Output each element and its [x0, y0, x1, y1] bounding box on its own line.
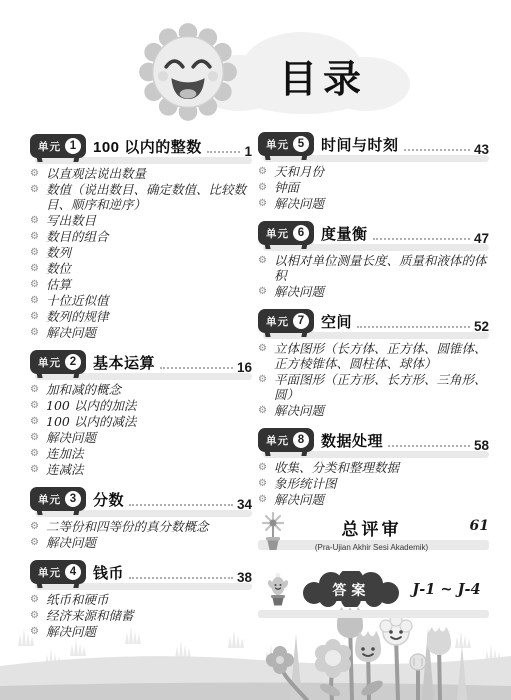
toc-item: ⚙连减法: [30, 462, 252, 477]
unit-page-number: 16: [237, 360, 252, 375]
unit-badge-label: 单元: [38, 565, 61, 580]
unit-badge-label: 单元: [38, 355, 61, 370]
header-underline-bar: [35, 510, 252, 517]
unit-title: 空间: [321, 311, 352, 332]
unit-title: 时间与时刻: [321, 134, 399, 155]
toc-item: ⚙解决问题: [30, 430, 252, 445]
assessment-subtitle: (Pra-Ujian Akhir Sesi Akademik): [288, 543, 455, 552]
gear-bullet-icon: ⚙: [258, 180, 274, 195]
toc-item: ⚙平面图形（正方形、长方形、三角形、圆）: [258, 372, 489, 402]
toc-item: ⚙解决问题: [30, 535, 252, 550]
gear-bullet-icon: ⚙: [30, 519, 46, 534]
answers-cloud-badge: 答案: [298, 571, 404, 607]
unit-badge-label: 单元: [38, 492, 61, 507]
dotted-leader: [207, 151, 241, 153]
gear-bullet-icon: ⚙: [30, 592, 46, 607]
toc-item: ⚙十位近似值: [30, 293, 252, 308]
unit-title: 100 以内的整数: [93, 136, 202, 157]
unit-page-number: 34: [237, 497, 252, 512]
gear-bullet-icon: ⚙: [30, 398, 46, 413]
unit-badge: 单元 1: [30, 134, 86, 158]
unit-5-header: 单元 5 时间与时刻 43: [258, 130, 489, 158]
page-title: 目录: [248, 48, 398, 103]
gear-bullet-icon: ⚙: [30, 446, 46, 461]
gear-bullet-icon: ⚙: [258, 460, 274, 475]
toc-item: ⚙纸币和硬币: [30, 592, 252, 607]
toc-item: ⚙数值（说出数目、确定数值、比较数目、顺序和逆序）: [30, 182, 252, 212]
unit-number: 1: [65, 138, 81, 154]
toc-item: ⚙解决问题: [258, 492, 489, 507]
unit-page-number: 52: [474, 319, 489, 334]
toc-item: ⚙以相对单位测量长度、质量和液体的体积: [258, 253, 489, 283]
toc-item: ⚙写出数目: [30, 213, 252, 228]
gear-bullet-icon: ⚙: [30, 213, 46, 228]
dotted-leader: [129, 577, 233, 579]
unit-3-section: 单元 3 分数 34 ⚙二等份和四等份的真分数概念 ⚙解决问题: [30, 485, 252, 550]
gear-bullet-icon: ⚙: [30, 462, 46, 477]
toc-item: ⚙100 以内的减法: [30, 414, 252, 429]
unit-1-section: 单元 1 100 以内的整数 1 ⚙以直观法说出数量 ⚙数值（说出数目、确定数值…: [30, 132, 252, 340]
gear-bullet-icon: ⚙: [30, 624, 46, 639]
unit-page-number: 47: [474, 231, 489, 246]
gear-bullet-icon: ⚙: [258, 253, 274, 283]
gear-bullet-icon: ⚙: [30, 382, 46, 397]
toc-right-column: 单元 5 时间与时刻 43 ⚙天和月份 ⚙钟面 ⚙解决问题 单元 6: [258, 130, 489, 618]
unit-4-header: 单元 4 钱币 38: [30, 558, 252, 586]
gear-bullet-icon: ⚙: [258, 492, 274, 507]
dotted-leader: [388, 445, 470, 447]
gear-bullet-icon: ⚙: [258, 196, 274, 211]
gear-bullet-icon: ⚙: [30, 277, 46, 292]
unit-page-number: 38: [237, 570, 252, 585]
gear-bullet-icon: ⚙: [30, 608, 46, 623]
toc-page: 目录 单元 1 100 以内的整数 1 ⚙以直观法说出数量 ⚙数值（说出数目、确…: [0, 0, 511, 700]
header-underline-bar: [263, 155, 489, 162]
gear-bullet-icon: ⚙: [30, 182, 46, 212]
toc-item: ⚙解决问题: [258, 403, 489, 418]
toc-item: ⚙收集、分类和整理数据: [258, 460, 489, 475]
toc-item: ⚙解决问题: [258, 284, 489, 299]
page-header: 目录: [136, 18, 416, 123]
unit-badge: 单元 3: [30, 487, 86, 511]
toc-left-column: 单元 1 100 以内的整数 1 ⚙以直观法说出数量 ⚙数值（说出数目、确定数值…: [30, 132, 252, 647]
gear-bullet-icon: ⚙: [30, 325, 46, 340]
toc-item: ⚙立体图形（长方体、正方体、圆锥体、正方棱锥体、圆柱体、球体）: [258, 341, 489, 371]
dotted-leader: [129, 504, 233, 506]
answers-page-number: J-1 ~ J-4: [412, 581, 480, 598]
toc-item: ⚙解决问题: [30, 325, 252, 340]
header-underline-bar: [35, 157, 252, 164]
unit-items: ⚙以直观法说出数量 ⚙数值（说出数目、确定数值、比较数目、顺序和逆序） ⚙写出数…: [30, 166, 252, 340]
unit-badge: 单元 8: [258, 428, 314, 452]
unit-title: 数据处理: [321, 430, 383, 451]
unit-6-header: 单元 6 度量衡 47: [258, 219, 489, 247]
assessment-title: 总评审: [288, 515, 455, 540]
gear-bullet-icon: ⚙: [30, 229, 46, 244]
header-underline-bar: [263, 244, 489, 251]
gear-bullet-icon: ⚙: [258, 403, 274, 418]
gear-bullet-icon: ⚙: [30, 245, 46, 260]
toc-item: ⚙数目的组合: [30, 229, 252, 244]
dotted-leader: [404, 149, 470, 151]
cactus-icon: [266, 572, 290, 606]
unit-page-number: 43: [474, 142, 489, 157]
unit-4-section: 单元 4 钱币 38 ⚙纸币和硬币 ⚙经济来源和储蓄 ⚙解决问题: [30, 558, 252, 639]
toc-item: ⚙连加法: [30, 446, 252, 461]
unit-badge: 单元 6: [258, 221, 314, 245]
answers-underline-bar: [258, 610, 489, 618]
gear-bullet-icon: ⚙: [30, 414, 46, 429]
unit-badge: 单元 2: [30, 350, 86, 374]
unit-number: 7: [293, 313, 309, 329]
toc-item: ⚙经济来源和储蓄: [30, 608, 252, 623]
unit-number: 6: [293, 225, 309, 241]
header-underline-bar: [263, 451, 489, 458]
gear-bullet-icon: ⚙: [258, 284, 274, 299]
unit-number: 2: [65, 354, 81, 370]
unit-8-header: 单元 8 数据处理 58: [258, 426, 489, 454]
unit-items: ⚙纸币和硬币 ⚙经济来源和储蓄 ⚙解决问题: [30, 592, 252, 639]
unit-badge-label: 单元: [266, 433, 289, 448]
gear-bullet-icon: ⚙: [258, 164, 274, 179]
unit-badge-label: 单元: [38, 139, 61, 154]
header-underline-bar: [35, 373, 252, 380]
toc-item: ⚙解决问题: [30, 624, 252, 639]
gear-bullet-icon: ⚙: [258, 341, 274, 371]
smiling-sun-icon: [136, 20, 240, 124]
unit-1-header: 单元 1 100 以内的整数 1: [30, 132, 252, 160]
unit-number: 5: [293, 136, 309, 152]
unit-8-section: 单元 8 数据处理 58 ⚙收集、分类和整理数据 ⚙象形统计图 ⚙解决问题: [258, 426, 489, 507]
unit-title: 度量衡: [321, 223, 368, 244]
unit-2-header: 单元 2 基本运算 16: [30, 348, 252, 376]
toc-item: ⚙数列的规律: [30, 309, 252, 324]
toc-item: ⚙二等份和四等份的真分数概念: [30, 519, 252, 534]
toc-item: ⚙数列: [30, 245, 252, 260]
gear-bullet-icon: ⚙: [30, 261, 46, 276]
toc-item: ⚙象形统计图: [258, 476, 489, 491]
toc-item: ⚙加和减的概念: [30, 382, 252, 397]
gear-bullet-icon: ⚙: [30, 430, 46, 445]
unit-2-section: 单元 2 基本运算 16 ⚙加和减的概念 ⚙100 以内的加法 ⚙100 以内的…: [30, 348, 252, 477]
toc-item: ⚙天和月份: [258, 164, 489, 179]
unit-7-section: 单元 7 空间 52 ⚙立体图形（长方体、正方体、圆锥体、正方棱锥体、圆柱体、球…: [258, 307, 489, 418]
unit-3-header: 单元 3 分数 34: [30, 485, 252, 513]
unit-items: ⚙立体图形（长方体、正方体、圆锥体、正方棱锥体、圆柱体、球体） ⚙平面图形（正方…: [258, 341, 489, 418]
unit-number: 3: [65, 491, 81, 507]
gear-bullet-icon: ⚙: [258, 372, 274, 402]
toc-item: ⚙数位: [30, 261, 252, 276]
answers-title: 答案: [298, 571, 404, 607]
unit-badge: 单元 5: [258, 132, 314, 156]
dotted-leader: [373, 238, 470, 240]
toc-item: ⚙钟面: [258, 180, 489, 195]
gear-bullet-icon: ⚙: [258, 476, 274, 491]
unit-badge: 单元 4: [30, 560, 86, 584]
toc-item: ⚙估算: [30, 277, 252, 292]
dotted-leader: [160, 367, 233, 369]
gear-bullet-icon: ⚙: [30, 309, 46, 324]
unit-badge-label: 单元: [266, 226, 289, 241]
unit-page-number: 58: [474, 438, 489, 453]
unit-items: ⚙收集、分类和整理数据 ⚙象形统计图 ⚙解决问题: [258, 460, 489, 507]
unit-items: ⚙加和减的概念 ⚙100 以内的加法 ⚙100 以内的减法 ⚙解决问题 ⚙连加法…: [30, 382, 252, 477]
unit-badge-label: 单元: [266, 314, 289, 329]
gear-bullet-icon: ⚙: [30, 293, 46, 308]
unit-title: 基本运算: [93, 352, 155, 373]
dotted-leader: [357, 326, 470, 328]
flower-cluster: [266, 607, 467, 700]
unit-number: 8: [293, 432, 309, 448]
unit-items: ⚙天和月份 ⚙钟面 ⚙解决问题: [258, 164, 489, 211]
unit-title: 钱币: [93, 562, 124, 583]
assessment-page-number: 61: [455, 518, 489, 534]
unit-6-section: 单元 6 度量衡 47 ⚙以相对单位测量长度、质量和液体的体积 ⚙解决问题: [258, 219, 489, 299]
final-assessment-entry: 总评审 (Pra-Ujian Akhir Sesi Akademik) 61: [258, 515, 489, 557]
unit-number: 4: [65, 564, 81, 580]
unit-page-number: 1: [244, 144, 252, 159]
header-underline-bar: [263, 332, 489, 339]
gear-bullet-icon: ⚙: [30, 535, 46, 550]
unit-items: ⚙以相对单位测量长度、质量和液体的体积 ⚙解决问题: [258, 253, 489, 299]
unit-5-section: 单元 5 时间与时刻 43 ⚙天和月份 ⚙钟面 ⚙解决问题: [258, 130, 489, 211]
unit-items: ⚙二等份和四等份的真分数概念 ⚙解决问题: [30, 519, 252, 550]
answers-entry: 答案 J-1 ~ J-4: [258, 571, 489, 618]
gear-bullet-icon: ⚙: [30, 166, 46, 181]
header-underline-bar: [35, 583, 252, 590]
unit-badge: 单元 7: [258, 309, 314, 333]
unit-badge-label: 单元: [266, 137, 289, 152]
unit-7-header: 单元 7 空间 52: [258, 307, 489, 335]
unit-title: 分数: [93, 489, 124, 510]
toc-item: ⚙解决问题: [258, 196, 489, 211]
flower-pot-icon: [258, 512, 288, 552]
toc-item: ⚙以直观法说出数量: [30, 166, 252, 181]
toc-item: ⚙100 以内的加法: [30, 398, 252, 413]
